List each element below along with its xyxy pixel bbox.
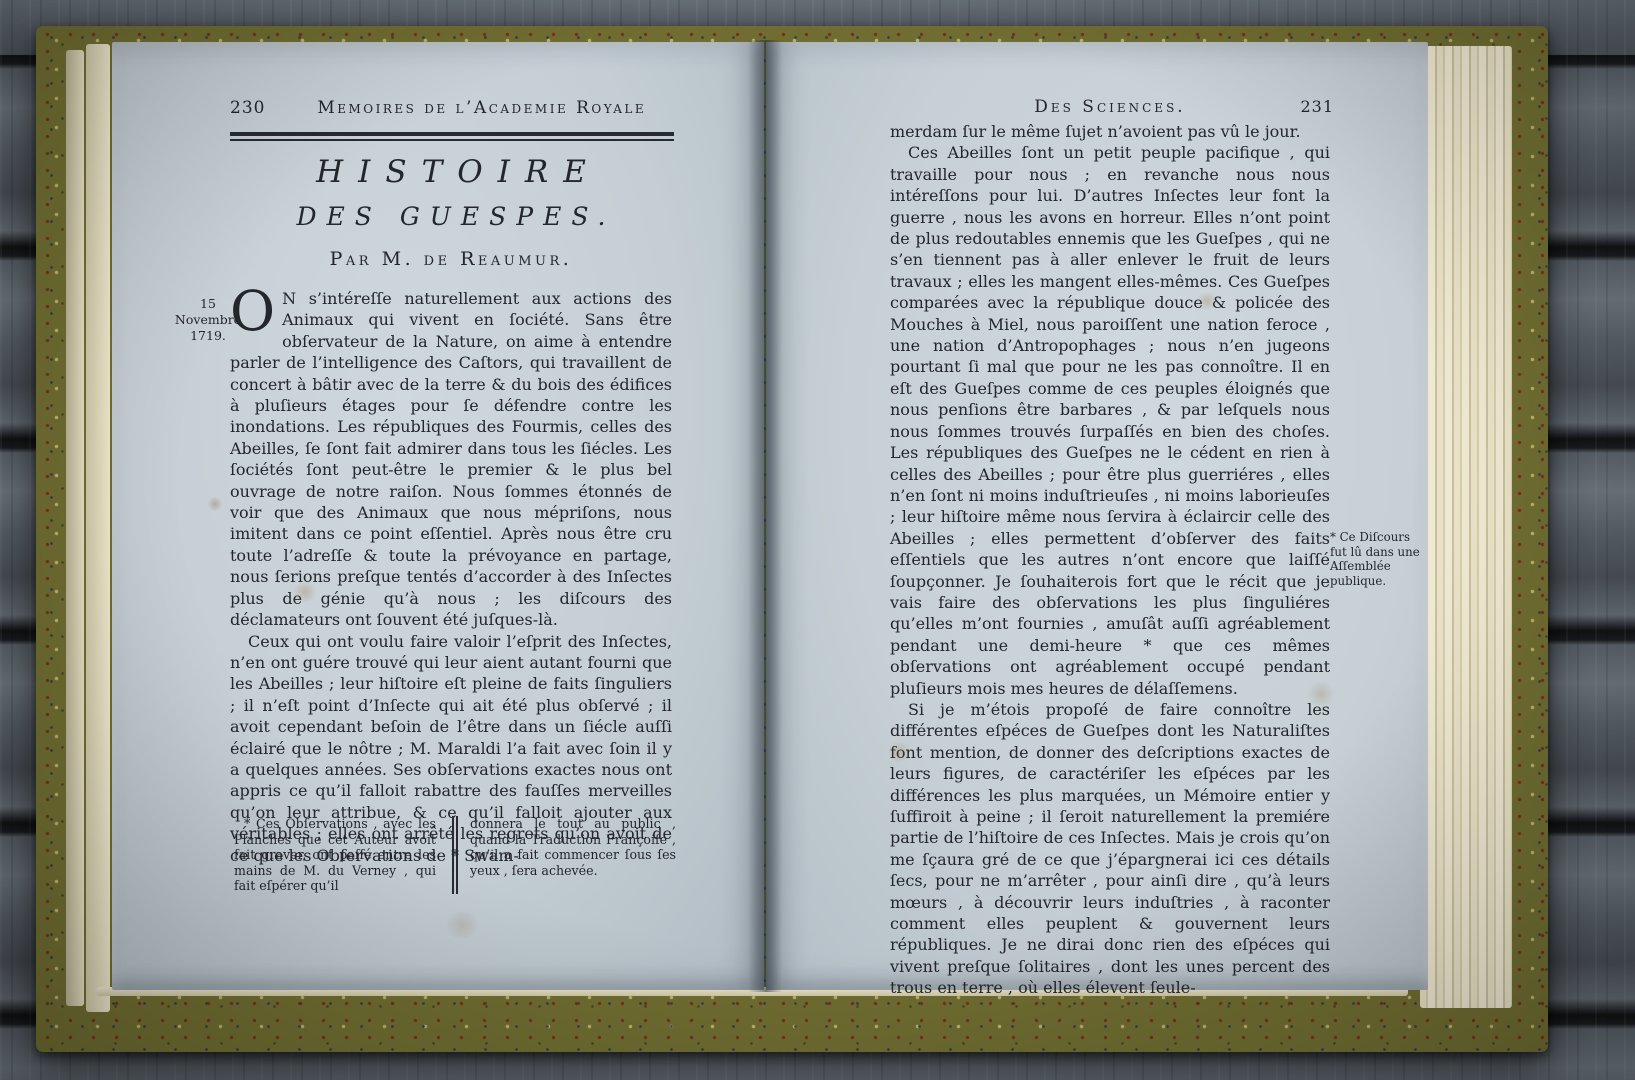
header-double-rule xyxy=(230,132,674,141)
left-paragraph-1-text: N s’intéreſſe naturellement aux actions … xyxy=(230,289,672,629)
page-edge-stack-left-inner xyxy=(86,44,110,1012)
right-paragraph-2: Ces Abeilles ſont un petit peuple pacifi… xyxy=(890,142,1330,699)
footnote-column-1: * Ces Obſervations , avec les Planches q… xyxy=(234,816,446,894)
right-paragraph-3: Si je m’étois propoſé de faire connoître… xyxy=(890,699,1330,999)
page-fore-edge-stack-right xyxy=(1420,46,1512,1008)
foxing-stain xyxy=(442,912,482,938)
right-page-number: 231 xyxy=(1300,97,1334,116)
page-edge-stack-left-outer xyxy=(66,50,84,1006)
left-page-number: 230 xyxy=(230,98,265,118)
right-page: Des Sciences. 231 merdam ſur le même ſuj… xyxy=(766,42,1428,990)
right-running-title: Des Sciences. xyxy=(1034,97,1185,117)
right-page-header: Des Sciences. 231 xyxy=(890,97,1330,117)
right-paragraph-1: merdam ſur le même ſujet n’avoient pas v… xyxy=(890,121,1330,142)
article-byline: Par M. de Reaumur. xyxy=(230,248,672,270)
photo-of-open-book: { "colors": { "ink": "#23262b", "paper":… xyxy=(0,0,1635,1080)
left-paragraph-1: ON s’intéreſſe naturellement aux actions… xyxy=(230,288,672,631)
book-cover: 230 Memoires de l’Academie Royale HISTOI… xyxy=(36,26,1548,1052)
footnote-column-2: donnera le tout au public , quand la Tra… xyxy=(452,816,676,894)
left-running-title: Memoires de l’Academie Royale xyxy=(291,98,672,118)
article-title: HISTOIRE xyxy=(230,154,672,190)
left-page-header: 230 Memoires de l’Academie Royale xyxy=(230,98,672,118)
left-page: 230 Memoires de l’Academie Royale HISTOI… xyxy=(112,42,764,990)
left-page-body: ON s’intéreſſe naturellement aux actions… xyxy=(230,288,672,866)
article-subtitle: DES GUESPES. xyxy=(230,202,672,231)
drop-cap-initial: O xyxy=(230,288,282,331)
footnote-block: * Ces Obſervations , avec les Planches q… xyxy=(234,816,680,894)
foxing-stain xyxy=(207,497,223,511)
right-margin-footnote: * Ce Diſcours fut lû dans une Aſſemblée … xyxy=(1330,530,1426,588)
right-page-body: merdam ſur le même ſujet n’avoient pas v… xyxy=(890,121,1330,999)
